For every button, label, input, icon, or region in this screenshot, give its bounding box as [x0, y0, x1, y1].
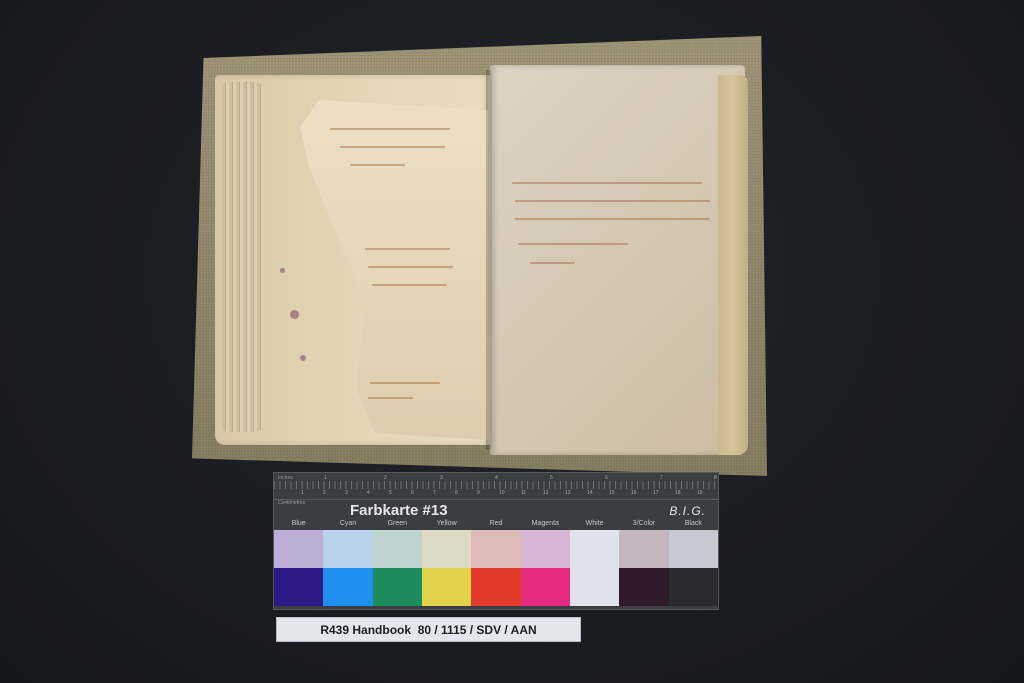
patch-label-white: White	[570, 520, 619, 527]
ruler-cm-tick: 1	[301, 490, 304, 496]
handwriting	[340, 146, 445, 148]
handwriting	[330, 128, 450, 130]
handwriting	[368, 266, 453, 268]
patch-column-green	[373, 530, 422, 606]
ruler: Inches 1 2 3 4 5 6 7 8 1 2 3 4 5 6 7 8 9…	[274, 473, 718, 500]
patch-yellow-light	[422, 530, 471, 568]
patch-label-cyan: Cyan	[323, 520, 372, 527]
catalog-id-label: R439 Handbook 80 / 1115 / SDV / AAN	[276, 617, 581, 642]
handwriting	[512, 182, 702, 184]
ruler-inch-tick: 2	[384, 475, 387, 481]
patch-black-light	[669, 530, 718, 568]
patch-labels: Blue Cyan Green Yellow Red Magenta White…	[274, 520, 718, 527]
handwriting	[515, 218, 710, 220]
patch-label-black: Black	[669, 520, 718, 527]
patch-column-3color	[619, 530, 668, 606]
patch-red-dark	[471, 568, 520, 606]
patch-yellow-dark	[422, 568, 471, 606]
ruler-cm-tick: 3	[345, 490, 348, 496]
patch-label-yellow: Yellow	[422, 520, 471, 527]
ruler-cm-tick: 10	[499, 490, 505, 496]
patch-black-dark	[669, 568, 718, 606]
patch-magenta-light	[521, 530, 570, 568]
card-title: Farbkarte #13	[350, 502, 448, 519]
patch-3color-light	[619, 530, 668, 568]
ruler-inch-tick: 8	[714, 475, 717, 481]
handwriting	[518, 243, 628, 245]
handwriting	[365, 248, 450, 250]
handwriting	[372, 284, 447, 286]
ruler-cm-tick: 12	[543, 490, 549, 496]
ruler-cm-tick: 16	[631, 490, 637, 496]
ruler-cm-tick: 19	[697, 490, 703, 496]
right-page-fold	[718, 75, 748, 455]
patch-column-blue	[274, 530, 323, 606]
ruler-inch-tick: 3	[440, 475, 443, 481]
ruler-cm-tick: 6	[411, 490, 414, 496]
ruler-cm-tick: 8	[455, 490, 458, 496]
patch-label-blue: Blue	[274, 520, 323, 527]
patch-white	[570, 530, 619, 606]
patch-cyan-light	[323, 530, 372, 568]
patch-cyan-dark	[323, 568, 372, 606]
patch-label-magenta: Magenta	[521, 520, 570, 527]
patch-red-light	[471, 530, 520, 568]
patch-column-white	[570, 530, 619, 606]
patch-column-black	[669, 530, 718, 606]
ruler-inch-tick: 1	[324, 475, 327, 481]
handwriting	[530, 262, 575, 264]
ruler-cm-tick: 4	[367, 490, 370, 496]
ruler-centimetres-label: Centimetres	[278, 500, 305, 506]
color-patches	[274, 530, 718, 606]
ruler-cm-tick: 14	[587, 490, 593, 496]
ruler-inch-tick: 4	[495, 475, 498, 481]
patch-blue-dark	[274, 568, 323, 606]
patch-green-dark	[373, 568, 422, 606]
page-edges-stack	[222, 82, 262, 432]
ruler-cm-tick: 15	[609, 490, 615, 496]
ruler-cm-tick: 9	[477, 490, 480, 496]
handwriting	[515, 200, 710, 202]
ruler-inch-tick: 6	[605, 475, 608, 481]
handwriting	[368, 397, 413, 399]
ink-stain	[300, 355, 306, 361]
patch-label-green: Green	[373, 520, 422, 527]
ruler-inch-tick: 7	[660, 475, 663, 481]
ink-stain	[290, 310, 299, 319]
patch-label-red: Red	[471, 520, 520, 527]
ruler-cm-tick: 11	[521, 490, 526, 496]
catalog-id-text: R439 Handbook 80 / 1115 / SDV / AAN	[320, 623, 536, 637]
photograph: Inches 1 2 3 4 5 6 7 8 1 2 3 4 5 6 7 8 9…	[0, 0, 1024, 683]
handwriting	[350, 164, 405, 166]
patch-column-yellow	[422, 530, 471, 606]
patch-green-light	[373, 530, 422, 568]
ruler-inch-tick: 5	[550, 475, 553, 481]
ruler-cm-tick: 2	[323, 490, 326, 496]
ruler-cm-tick: 7	[433, 490, 436, 496]
card-brand: B.I.G.	[669, 504, 706, 518]
ink-stain	[280, 268, 285, 273]
patch-column-red	[471, 530, 520, 606]
handwriting	[370, 382, 440, 384]
patch-blue-light	[274, 530, 323, 568]
book-gutter	[486, 70, 492, 450]
patch-magenta-dark	[521, 568, 570, 606]
ruler-cm-tick: 5	[389, 490, 392, 496]
patch-column-magenta	[521, 530, 570, 606]
ruler-cm-tick: 13	[565, 490, 571, 496]
patch-3color-dark	[619, 568, 668, 606]
patch-label-3color: 3/Color	[619, 520, 668, 527]
ruler-cm-tick: 18	[675, 490, 681, 496]
ruler-inches-label: Inches	[278, 475, 293, 481]
color-calibration-card: Inches 1 2 3 4 5 6 7 8 1 2 3 4 5 6 7 8 9…	[273, 472, 719, 610]
right-page	[490, 65, 745, 455]
patch-column-cyan	[323, 530, 372, 606]
ruler-cm-tick: 17	[653, 490, 659, 496]
